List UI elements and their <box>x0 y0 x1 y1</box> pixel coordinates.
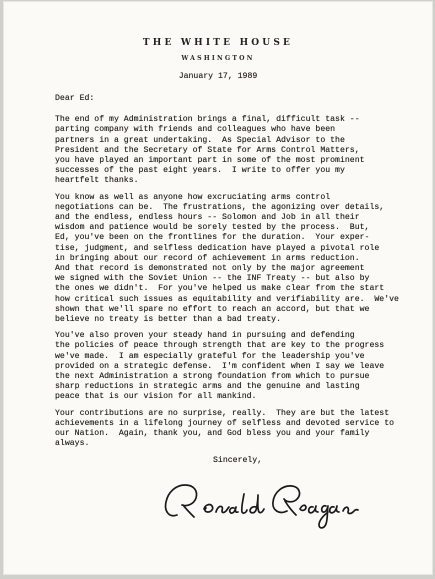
letter-line: Ed, you've been on the frontlines for th… <box>55 233 397 243</box>
letter-body: The end of my Administration brings a fi… <box>55 115 397 449</box>
letter-line: always. <box>55 439 397 449</box>
letter-page: THE WHITE HOUSE WASHINGTON January 17, 1… <box>3 1 433 575</box>
letter-line: peace that is our vision for all mankind… <box>55 392 397 402</box>
letter-line: parting company with friends and colleag… <box>55 125 397 135</box>
letter-line: successes of the past eight years. I wri… <box>55 166 397 176</box>
letter-line: partners in a great undertaking. As Spec… <box>55 136 397 146</box>
letter-line: negotiations can be. The frustrations, t… <box>55 203 397 213</box>
letter-line: believe no treaty is better than a bad t… <box>55 315 397 325</box>
letter-content: Dear Ed: The end of my Administration br… <box>3 94 433 537</box>
letterhead-subtitle: WASHINGTON <box>3 55 433 62</box>
letter-line: sharp reductions in strategic arms and t… <box>55 382 397 392</box>
signature-ronald-reagan <box>163 481 359 535</box>
letter-line: heartfelt thanks. <box>55 176 397 186</box>
letter-line: we've made. I am especially grateful for… <box>55 352 397 362</box>
letter-line: You know as well as anyone how excruciat… <box>55 193 397 203</box>
letter-line: the policies of peace through strength t… <box>55 341 397 351</box>
letter-line: And that record is demonstrated not only… <box>55 264 397 274</box>
letter-line: the next Administration a strong foundat… <box>55 372 397 382</box>
paragraph-2: You know as well as anyone how excruciat… <box>55 193 397 326</box>
paragraph-1: The end of my Administration brings a fi… <box>55 115 397 186</box>
letter-line: President and the Secretary of State for… <box>55 146 397 156</box>
letter-line: achievements in a lifelong journey of se… <box>55 419 397 429</box>
paragraph-3: You've also proven your steady hand in p… <box>55 331 397 402</box>
letterhead-title: THE WHITE HOUSE <box>3 38 433 48</box>
letter-line: in bringing about our record of achievem… <box>55 254 397 264</box>
letter-line: our Nation. Again, thank you, and God bl… <box>55 429 397 439</box>
letter-line: shown that we'll spare no effort to reac… <box>55 305 397 315</box>
letter-line: how critical such issues as equitability… <box>55 295 397 305</box>
letter-line: wisdom and patience would be sorely test… <box>55 223 397 233</box>
letter-line: we signed with the Soviet Union -- the I… <box>55 274 397 284</box>
letter-date: January 17, 1989 <box>3 72 433 82</box>
paragraph-4: Your contributions are no surprise, real… <box>55 409 397 450</box>
letter-line: tise, judgment, and selfless dedication … <box>55 244 397 254</box>
letter-line: provided on a strategic defense. I'm con… <box>55 362 397 372</box>
letter-line: and the endless, endless hours -- Solomo… <box>55 213 397 223</box>
letter-line: you have played an important part in som… <box>55 156 397 166</box>
letterhead: THE WHITE HOUSE WASHINGTON <box>3 38 433 62</box>
signature-block <box>55 481 397 537</box>
letter-line: You've also proven your steady hand in p… <box>55 331 397 341</box>
letter-line: The end of my Administration brings a fi… <box>55 115 397 125</box>
closing-sincerely: Sincerely, <box>55 456 397 466</box>
salutation: Dear Ed: <box>55 94 397 104</box>
letter-line: Your contributions are no surprise, real… <box>55 409 397 419</box>
letter-line: the ones we didn't. For you've helped us… <box>55 284 397 294</box>
